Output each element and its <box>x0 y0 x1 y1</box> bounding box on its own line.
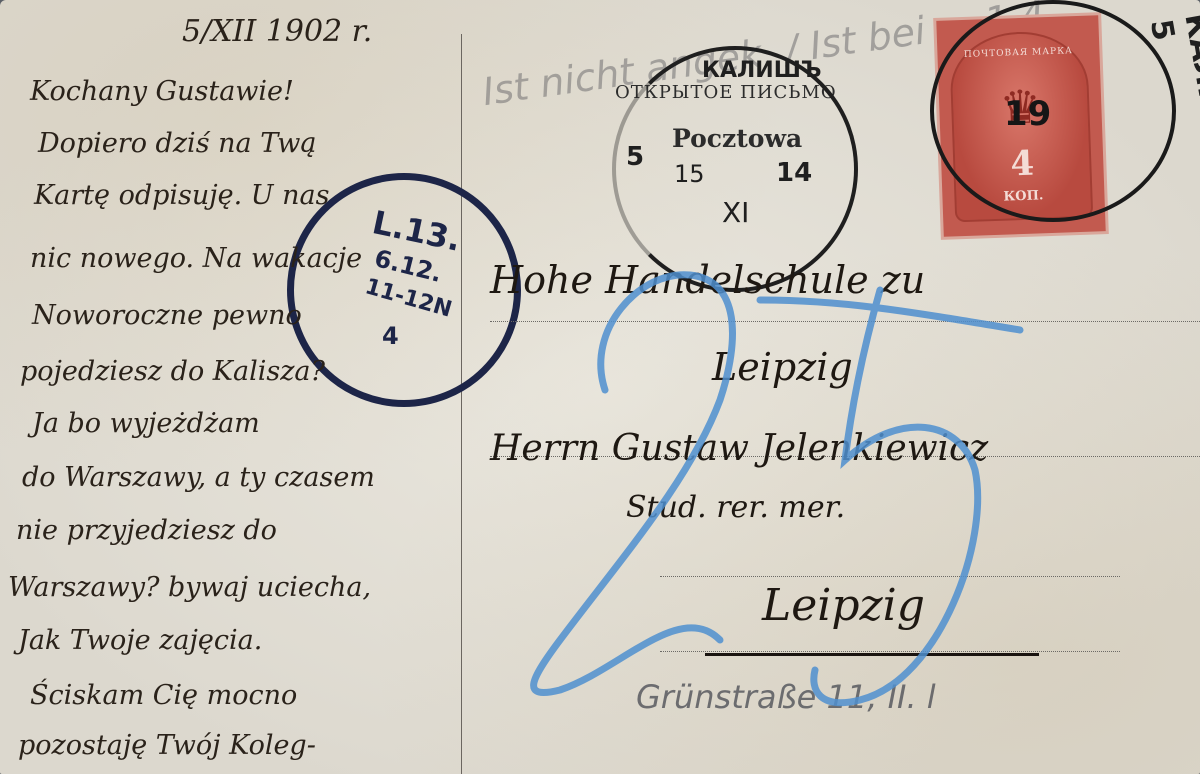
blue-crayon-25 <box>0 0 1200 774</box>
postcard: Ist nicht angek. / Ist bei ... 1.4. ОТКР… <box>0 0 1200 774</box>
